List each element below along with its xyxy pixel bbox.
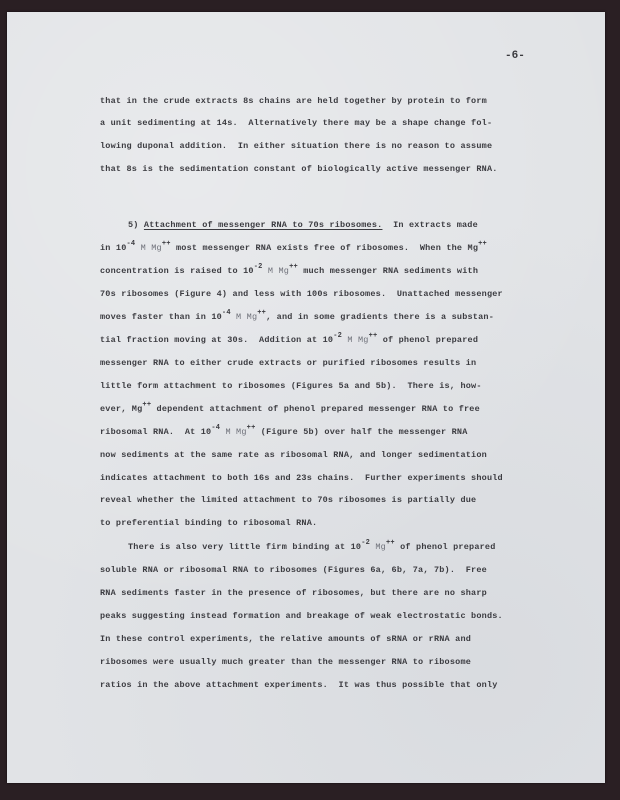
text-line: peaks suggesting instead formation and b… [100,610,503,622]
text-line: moves faster than in 10-4 M Mg++, and in… [100,311,494,323]
line-text: 70s ribosomes (Figure 4) and less with 1… [100,289,503,299]
text-line: RNA sediments faster in the presence of … [100,587,487,599]
line-text: now sediments at the same rate as riboso… [100,450,487,460]
line-text: , and in some gradients there is a subst… [266,312,494,322]
text-line: reveal whether the limited attachment to… [100,494,476,506]
typewritten-page: -6- that in the crude extracts 8s chains… [7,12,605,783]
exponent: -2 [254,263,263,271]
line-text: soluble RNA or ribosomal RNA to ribosome… [100,565,487,575]
line-text: most messenger RNA exists free of riboso… [176,243,478,253]
text-line: that in the crude extracts 8s chains are… [100,95,487,107]
ion-charge: ++ [162,240,171,248]
unit-text: M Mg [236,312,257,322]
unit-text: M Mg [268,266,289,276]
text-line: a unit sedimenting at 14s. Alternatively… [100,117,492,129]
section-number: 5) [128,220,139,230]
text-line: concentration is raised to 10-2 M Mg++ m… [100,265,478,277]
line-text: a unit sedimenting at 14s. Alternatively… [100,118,492,128]
text-line: now sediments at the same rate as riboso… [100,449,487,461]
ion-charge: ++ [369,332,378,340]
line-text: tial fraction moving at 30s. Addition at… [100,335,333,345]
text-line: indicates attachment to both 16s and 23s… [100,472,503,484]
ion-charge: ++ [247,424,256,432]
ion-charge: ++ [142,401,151,409]
ion-charge: ++ [257,309,266,317]
line-text: reveal whether the limited attachment to… [100,495,476,505]
line-text: ribosomal RNA. At 10 [100,427,211,437]
line-text: to preferential binding to ribosomal RNA… [100,518,317,528]
ion-charge: ++ [289,263,298,271]
line-text: ratios in the above attachment experimen… [100,680,498,690]
line-text: There is also very little firm binding a… [128,542,361,552]
exponent: -4 [127,240,136,248]
line-text: RNA sediments faster in the presence of … [100,588,487,598]
line-text: In extracts made [393,220,478,230]
section-heading-line: 5) Attachment of messenger RNA to 70s ri… [128,219,478,231]
line-text: lowing duponal addition. In either situa… [100,141,492,151]
section-heading: Attachment of messenger RNA to 70s ribos… [144,220,383,230]
text-line: in 10-4 M Mg++ most messenger RNA exists… [100,242,487,254]
unit-text: M Mg [225,427,246,437]
text-line: ribosomal RNA. At 10-4 M Mg++ (Figure 5b… [100,426,468,438]
line-text: dependent attachment of phenol prepared … [157,404,480,414]
line-text: moves faster than in 10 [100,312,222,322]
text-line: In these control experiments, the relati… [100,633,471,645]
text-line: 70s ribosomes (Figure 4) and less with 1… [100,288,503,300]
exponent: -2 [361,539,370,547]
line-text: indicates attachment to both 16s and 23s… [100,473,503,483]
line-text: that in the crude extracts 8s chains are… [100,96,487,106]
unit-text: M Mg [141,243,162,253]
exponent: -2 [333,332,342,340]
line-text: of phenol prepared [383,335,478,345]
line-text: messenger RNA to either crude extracts o… [100,358,476,368]
line-text: peaks suggesting instead formation and b… [100,611,503,621]
text-line: little form attachment to ribosomes (Fig… [100,380,482,392]
page-number: -6- [505,50,525,62]
unit-text: Mg [375,542,386,552]
exponent: -4 [211,424,220,432]
text-line: lowing duponal addition. In either situa… [100,140,492,152]
line-text: In these control experiments, the relati… [100,634,471,644]
line-text: (Figure 5b) over half the messenger RNA [261,427,468,437]
text-line: ever, Mg++ dependent attachment of pheno… [100,403,480,415]
line-text: concentration is raised to 10 [100,266,254,276]
line-text: that 8s is the sedimentation constant of… [100,164,498,174]
text-line: soluble RNA or ribosomal RNA to ribosome… [100,564,487,576]
line-text: of phenol prepared [400,542,495,552]
text-line: There is also very little firm binding a… [128,541,496,553]
line-text: ribosomes were usually much greater than… [100,657,471,667]
text-line: that 8s is the sedimentation constant of… [100,163,498,175]
line-text: little form attachment to ribosomes (Fig… [100,381,482,391]
text-line: ratios in the above attachment experimen… [100,679,498,691]
line-text: in 10 [100,243,127,253]
ion-charge: ++ [478,240,487,248]
text-line: ribosomes were usually much greater than… [100,656,471,668]
ion-charge: ++ [386,539,395,547]
unit-text: M Mg [347,335,368,345]
line-text: ever, Mg [100,404,142,414]
text-line: tial fraction moving at 30s. Addition at… [100,334,478,346]
exponent: -4 [222,309,231,317]
text-line: to preferential binding to ribosomal RNA… [100,517,317,529]
text-line: messenger RNA to either crude extracts o… [100,357,476,369]
line-text: much messenger RNA sediments with [303,266,478,276]
